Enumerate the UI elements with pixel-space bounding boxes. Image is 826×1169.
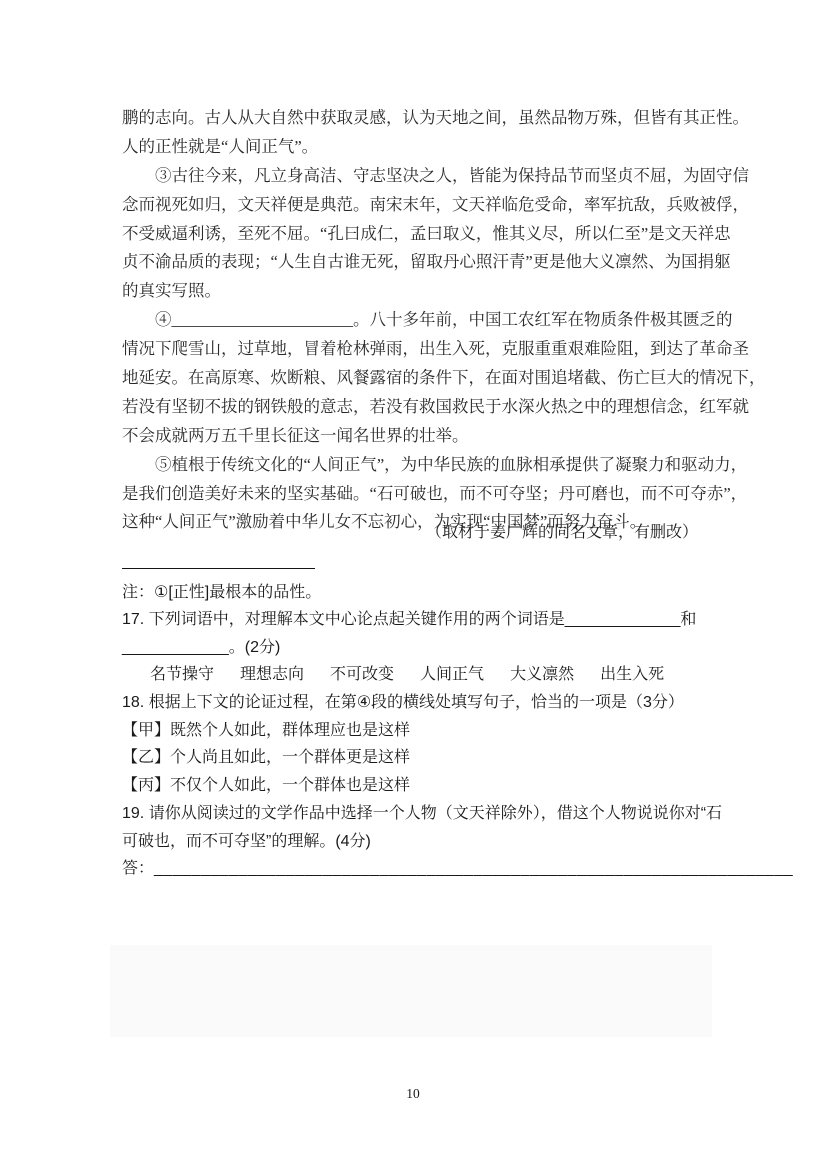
question-17-word-bank: 名节操守 理想志向 不可改变 人间正气 大义凛然 出生入死 bbox=[122, 661, 722, 689]
question-17-line2: ____________。(2分) bbox=[122, 634, 722, 662]
article-line: 若没有坚韧不拔的钢铁般的意志，若没有救国救民于水深火热之中的理想信念，红军就 bbox=[122, 393, 718, 422]
questions-section: 17. 下列词语中，对理解本文中心论点起关键作用的两个词语是__________… bbox=[122, 606, 722, 883]
question-17-line1: 17. 下列词语中，对理解本文中心论点起关键作用的两个词语是__________… bbox=[122, 606, 722, 634]
word-bank-item: 不可改变 bbox=[330, 661, 394, 689]
article-line: 是我们创造美好未来的坚实基础。“石可破也，而不可夺坚；丹可磨也，而不可夺赤”， bbox=[122, 480, 718, 509]
question-19-line2: 可破也，而不可夺坚”的理解。(4分) bbox=[122, 828, 722, 856]
question-18-option: 【甲】既然个人如此，群体理应也是这样 bbox=[122, 717, 722, 745]
attribution-line: （取材于姜广辉的同名文章，有删改） bbox=[122, 522, 714, 544]
answer-blank-line: ________________________________________… bbox=[154, 860, 793, 877]
word-bank-item: 大义凛然 bbox=[510, 661, 574, 689]
article-line: 的真实写照。 bbox=[122, 277, 718, 306]
question-18-option: 【乙】个人尚且如此，一个群体更是这样 bbox=[122, 744, 722, 772]
article-line: 地延安。在高原寒、炊断粮、风餐露宿的条件下，在面对围追堵截、伤亡巨大的情况下， bbox=[122, 364, 718, 393]
footnote-separator bbox=[122, 568, 315, 569]
article-line: ⑤植根于传统文化的“人间正气”，为中华民族的血脉相承提供了凝聚力和驱动力， bbox=[122, 451, 718, 480]
article-line: 人的正性就是“人间正气”。 bbox=[122, 133, 718, 162]
question-18-stem: 18. 根据上下文的论证过程，在第④段的横线处填写句子，恰当的一项是（3分） bbox=[122, 689, 722, 717]
question-18-option: 【丙】不仅个人如此，一个群体也是这样 bbox=[122, 772, 722, 800]
word-bank-item: 理想志向 bbox=[240, 661, 304, 689]
article-line: 念而视死如归，文天祥便是典范。南宋末年，文天祥临危受命，率军抗敌，兵败被俘， bbox=[122, 191, 718, 220]
exam-document-page: 鹏的志向。古人从大自然中获取灵感，认为天地之间，虽然品物万殊，但皆有其正性。 人… bbox=[0, 0, 826, 1169]
article-line: 情况下爬雪山，过草地，冒着枪林弹雨，出生入死，克服重重艰难险阻，到达了革命圣 bbox=[122, 335, 718, 364]
article-line: 鹏的志向。古人从大自然中获取灵感，认为天地之间，虽然品物万殊，但皆有其正性。 bbox=[122, 104, 718, 133]
page-number: 10 bbox=[0, 1086, 826, 1102]
footnote-text: 注：①[正性]最根本的品性。 bbox=[122, 582, 321, 603]
word-bank-item: 人间正气 bbox=[420, 661, 484, 689]
word-bank-item: 名节操守 bbox=[150, 661, 214, 689]
article-line: ④______________________。八十多年前，中国工农红军在物质条… bbox=[122, 306, 718, 335]
article-line: ③古往今来，凡立身高洁、守志坚决之人，皆能为保持品节而坚贞不屈，为固守信 bbox=[122, 162, 718, 191]
article-line: 不会成就两万五千里长征这一闻名世界的壮举。 bbox=[122, 422, 718, 451]
article-line: 贞不渝品质的表现；“人生自古谁无死，留取丹心照汗青”更是他大义凛然、为国捐躯 bbox=[122, 248, 718, 277]
word-bank-item: 出生入死 bbox=[600, 661, 664, 689]
question-19-line1: 19. 请你从阅读过的文学作品中选择一个人物（文天祥除外），借这个人物说说你对“… bbox=[122, 800, 722, 828]
article-line: 不受威逼利诱，至死不屈。“孔曰成仁，孟曰取义，惟其义尽，所以仁至”是文天祥忠 bbox=[122, 220, 718, 249]
blank-placeholder-box bbox=[110, 945, 712, 1037]
article-body: 鹏的志向。古人从大自然中获取灵感，认为天地之间，虽然品物万殊，但皆有其正性。 人… bbox=[122, 104, 718, 537]
question-18-options: 【甲】既然个人如此，群体理应也是这样 【乙】个人尚且如此，一个群体更是这样 【丙… bbox=[122, 717, 722, 800]
question-19-answer-line: 答：______________________________________… bbox=[122, 855, 722, 883]
answer-label: 答： bbox=[122, 860, 154, 877]
